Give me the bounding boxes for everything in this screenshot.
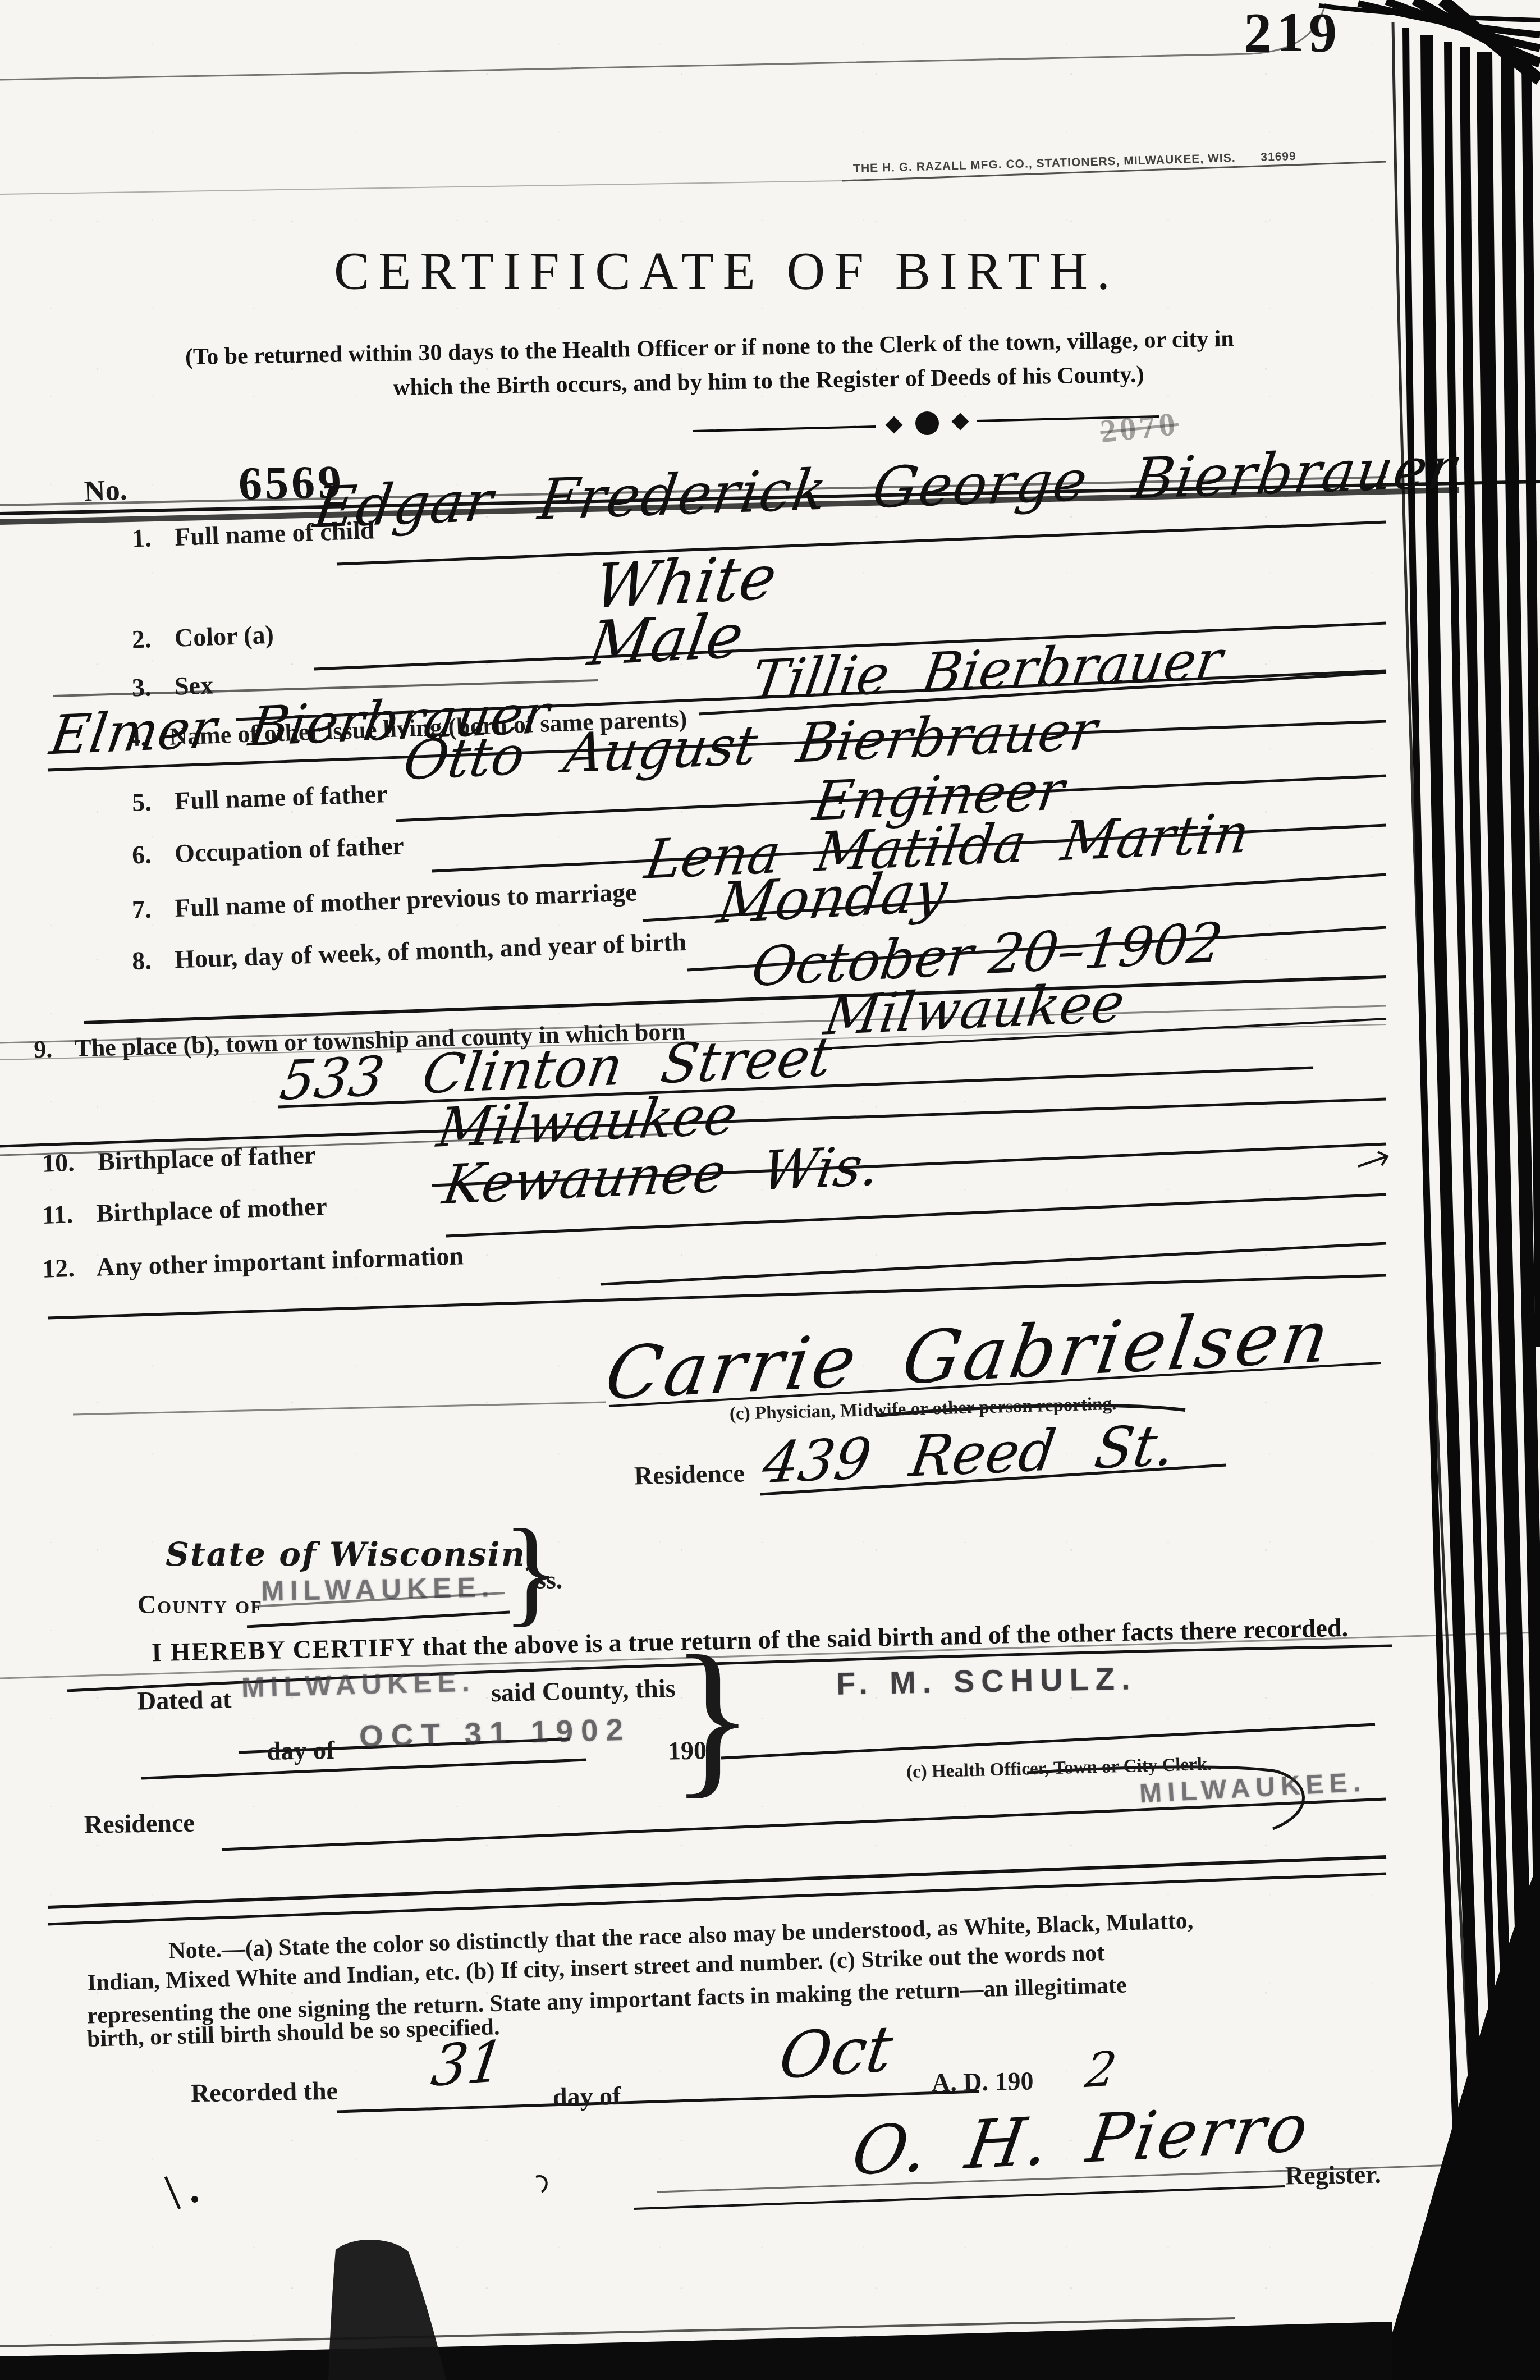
item-2-label: 2. Color (a) — [131, 620, 274, 654]
stationer-name: THE H. G. RAZALL MFG. CO., STATIONERS, M… — [853, 152, 1236, 175]
item-9-value: Milwaukee — [821, 971, 1129, 1047]
item-5-number: 5. — [131, 787, 152, 817]
item-12-number: 12. — [42, 1253, 75, 1284]
ss-label: ss. — [536, 1565, 562, 1595]
recorded-day-of-label: day of — [553, 2081, 621, 2112]
scanned-birth-certificate-page: { "colors": { "paper": "#f6f5f1", "ink":… — [0, 0, 1540, 2380]
item-12-label: 12. Any other important information — [42, 1241, 464, 1284]
dated-at-label: Dated at — [137, 1685, 232, 1716]
item-11-number: 11. — [42, 1199, 74, 1230]
item-8-label: 8. Hour, day of week, of month, and year… — [131, 927, 687, 976]
year-printed: 190 — [668, 1735, 707, 1765]
item-10-number: 10. — [42, 1147, 75, 1178]
county-stamp: MILWAUKEE. — [261, 1571, 496, 1607]
ad-year-label: A. D. 190 — [932, 2066, 1034, 2097]
day-of-label: day of — [267, 1735, 335, 1766]
faint-number-stamp: 2070 — [1098, 405, 1180, 450]
county-label: County of — [137, 1590, 263, 1619]
item-10-label: 10. Birthplace of father — [42, 1139, 316, 1178]
page-number: 219 — [1244, 0, 1341, 65]
item-5-label: 5. Full name of father — [131, 779, 388, 817]
item-2-number: 2. — [131, 624, 152, 654]
item-11-label: 11. Birthplace of mother — [42, 1191, 327, 1230]
said-county-label: said County, this — [491, 1673, 676, 1708]
register-label: Register. — [1285, 2159, 1382, 2191]
certificate-title: CERTIFICATE OF BIRTH. — [334, 240, 1119, 302]
item-3-number: 3. — [131, 672, 152, 702]
register-signature: O. H. Pierro — [847, 2088, 1316, 2190]
residence-2-label: Residence — [84, 1807, 195, 1839]
dated-place-stamp: MILWAUKEE. — [241, 1665, 475, 1704]
health-officer-stamp: F. M. SCHULZ. — [836, 1660, 1137, 1701]
item-1-number: 1. — [131, 523, 152, 553]
subtitle-line-2: which the Birth occurs, and by him to th… — [393, 361, 1144, 401]
date-stamp: OCT 31 1902 — [359, 1711, 631, 1755]
recorded-label: Recorded the — [191, 2076, 338, 2108]
item-6-label: 6. Occupation of father — [131, 831, 404, 870]
recorded-month-value: Oct — [775, 2012, 897, 2094]
recorded-day-value: 31 — [428, 2028, 508, 2099]
item-7-number: 7. — [131, 894, 152, 924]
item-7-label: 7. Full name of mother previous to marri… — [131, 877, 637, 924]
item-8-number: 8. — [131, 945, 152, 976]
item-9-number: 9. — [34, 1035, 53, 1064]
item-3-value: Male — [584, 601, 748, 680]
dated-brace: } — [671, 1647, 754, 1787]
item-1-value: Edgar Frederick George Bierbrauer — [310, 434, 1461, 541]
stationer-imprint: THE H. G. RAZALL MFG. CO., STATIONERS, M… — [853, 150, 1296, 176]
state-line: State of Wisconsin, — [166, 1535, 538, 1573]
no-label: No. — [84, 474, 128, 509]
stationer-number: 31699 — [1261, 150, 1296, 164]
certify-strong: I HEREBY CERTIFY — [152, 1632, 416, 1667]
reporter-residence-value: 439 Reed St. — [759, 1412, 1180, 1496]
item-8-value: Monday — [713, 858, 952, 936]
recorded-year-value: 2 — [1082, 2041, 1120, 2099]
reporter-residence-label: Residence — [634, 1458, 745, 1490]
item-6-number: 6. — [131, 839, 152, 869]
item-4-value: Tillie Bierbrauer — [748, 628, 1226, 712]
